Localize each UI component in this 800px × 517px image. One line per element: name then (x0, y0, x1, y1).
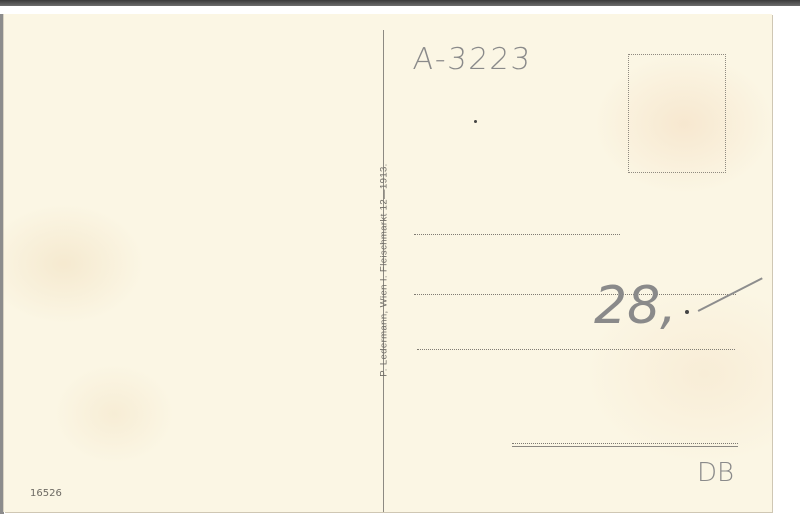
address-line-4 (512, 443, 738, 444)
scan-top-edge (0, 0, 800, 6)
paper-speck (685, 310, 689, 314)
handwritten-initials: DB (697, 458, 734, 488)
publisher-imprint: P. Ledermann, Wien I. Fleischmarkt 12—19… (379, 163, 390, 376)
address-line-1 (414, 234, 620, 235)
handwritten-price: 28, (594, 276, 677, 336)
paper-speck (474, 120, 477, 123)
serial-number: 16526 (30, 488, 62, 499)
handwritten-reference: A-3223 (412, 42, 533, 77)
stamp-placement-box (628, 54, 726, 173)
address-line-2 (414, 294, 736, 295)
address-line-3 (417, 349, 735, 350)
